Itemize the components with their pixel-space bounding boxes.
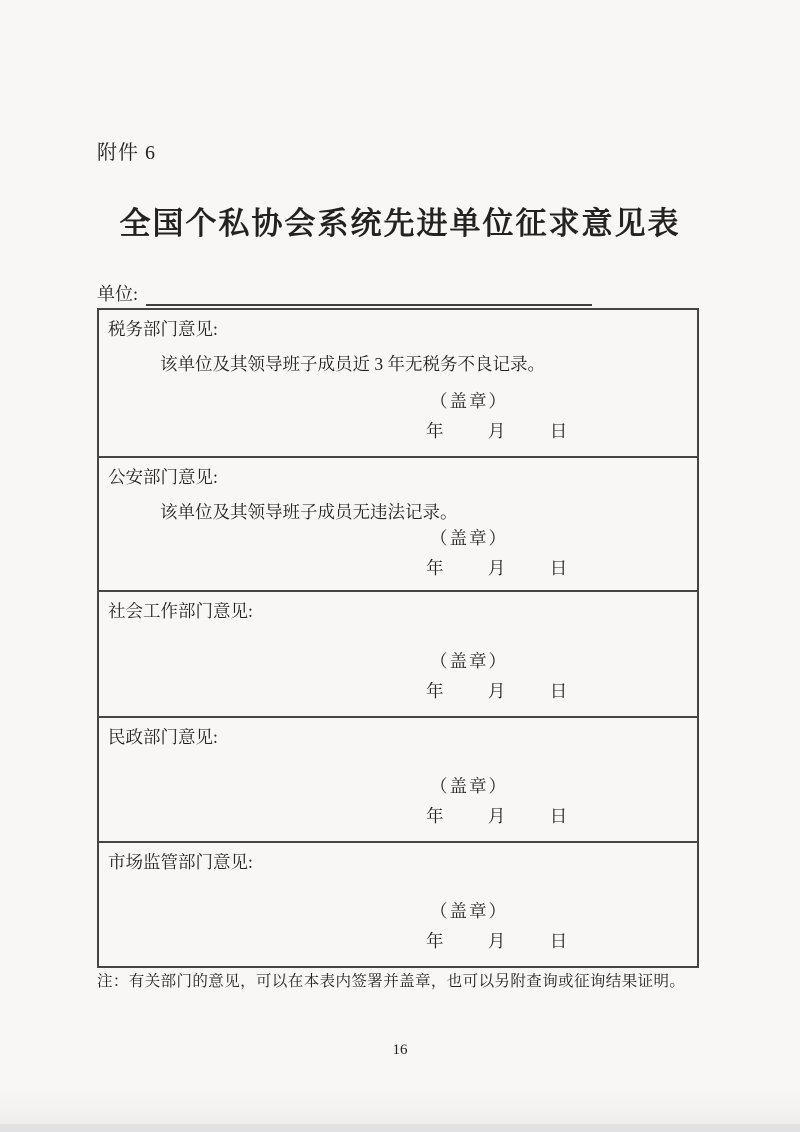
stamp-block: （盖章） 年 月 日 xyxy=(108,524,687,583)
date-line: 年 月 日 xyxy=(426,416,687,446)
stamp-block: （盖章） 年 月 日 xyxy=(108,387,687,446)
scan-shadow-band xyxy=(0,1090,800,1124)
opinion-table: 税务部门意见: 该单位及其领导班子成员近 3 年无税务不良记录。 （盖章） 年 … xyxy=(97,308,699,968)
table-row-social-work: 社会工作部门意见: （盖章） 年 月 日 xyxy=(99,590,697,716)
section-heading: 民政部门意见: xyxy=(108,723,687,751)
section-heading: 公安部门意见: xyxy=(108,463,687,491)
section-heading: 社会工作部门意见: xyxy=(108,597,687,625)
stamp-label: （盖章） xyxy=(430,387,687,416)
page-number: 16 xyxy=(0,1042,800,1059)
stamp-label: （盖章） xyxy=(430,524,687,553)
stamp-block: （盖章） 年 月 日 xyxy=(108,647,687,706)
scan-edge-shadow xyxy=(0,1124,800,1132)
unit-label: 单位: xyxy=(97,284,138,304)
section-heading: 税务部门意见: xyxy=(108,315,687,343)
document-page: 附件 6 全国个私协会系统先进单位征求意见表 单位: 税务部门意见: 该单位及其… xyxy=(0,0,800,1132)
stamp-block: （盖章） 年 月 日 xyxy=(108,772,687,831)
stamp-block: （盖章） 年 月 日 xyxy=(108,897,687,956)
page-title: 全国个私协会系统先进单位征求意见表 xyxy=(0,198,800,243)
unit-blank-line xyxy=(146,284,592,306)
section-heading: 市场监管部门意见: xyxy=(108,848,687,876)
table-row-tax: 税务部门意见: 该单位及其领导班子成员近 3 年无税务不良记录。 （盖章） 年 … xyxy=(99,310,697,456)
date-line: 年 月 日 xyxy=(426,926,687,956)
attachment-label: 附件 6 xyxy=(97,136,156,165)
stamp-label: （盖章） xyxy=(430,647,687,676)
date-line: 年 月 日 xyxy=(426,676,687,706)
table-row-civil-affairs: 民政部门意见: （盖章） 年 月 日 xyxy=(99,716,697,841)
section-body: 该单位及其领导班子成员无违法记录。 xyxy=(160,500,687,524)
unit-row: 单位: xyxy=(97,280,592,306)
footnote: 注：有关部门的意见，可以在本表内签署并盖章，也可以另附查询或征询结果证明。 xyxy=(97,971,709,992)
stamp-label: （盖章） xyxy=(430,897,687,926)
date-line: 年 月 日 xyxy=(426,801,687,831)
stamp-label: （盖章） xyxy=(430,772,687,801)
table-row-police: 公安部门意见: 该单位及其领导班子成员无违法记录。 （盖章） 年 月 日 xyxy=(99,456,697,590)
date-line: 年 月 日 xyxy=(426,553,687,583)
section-body: 该单位及其领导班子成员近 3 年无税务不良记录。 xyxy=(160,352,687,376)
table-row-market-regulation: 市场监管部门意见: （盖章） 年 月 日 xyxy=(99,841,697,966)
